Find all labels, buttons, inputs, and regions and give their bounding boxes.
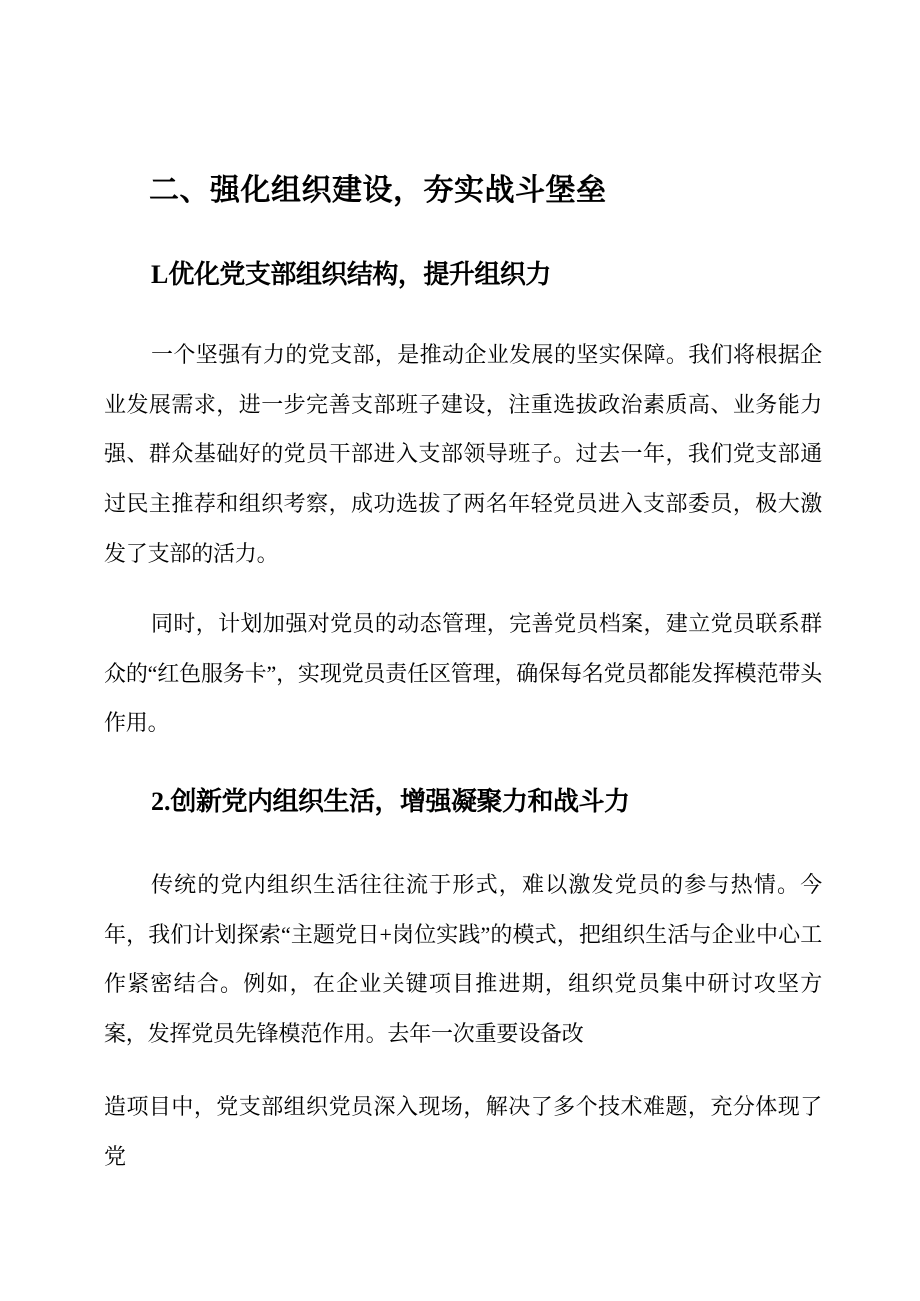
subheading-2-number: 2. (151, 787, 171, 816)
document-page: 二、强化组织建设，夯实战斗堡垒 L优化党支部组织结构，提升组织力 一个坚强有力的… (0, 0, 920, 1301)
section-heading: 二、强化组织建设，夯实战斗堡垒 (149, 174, 607, 208)
subheading-1: L优化党支部组织结构，提升组织力 (151, 259, 551, 290)
paragraph-1: 一个坚强有力的党支部，是推动企业发展的坚实保障。我们将根据企业发展需求，进一步完… (104, 330, 822, 579)
paragraph-2: 同时，计划加强对党员的动态管理，完善党员档案，建立党员联系群众的“红色服务卡”，… (104, 599, 822, 748)
subheading-1-number: L (151, 260, 168, 289)
paragraph-3: 传统的党内组织生活往往流于形式，难以激发党员的参与热情。今年，我们计划探索“主题… (104, 860, 822, 1059)
subheading-1-text: 优化党支部组织结构，提升组织力 (168, 259, 551, 289)
paragraph-4: 造项目中，党支部组织党员深入现场，解决了多个技术难题，充分体现了党 (104, 1082, 822, 1181)
subheading-2-text: 创新党内组织生活，增强凝聚力和战斗力 (171, 786, 630, 816)
subheading-2: 2.创新党内组织生活，增强凝聚力和战斗力 (151, 786, 630, 817)
